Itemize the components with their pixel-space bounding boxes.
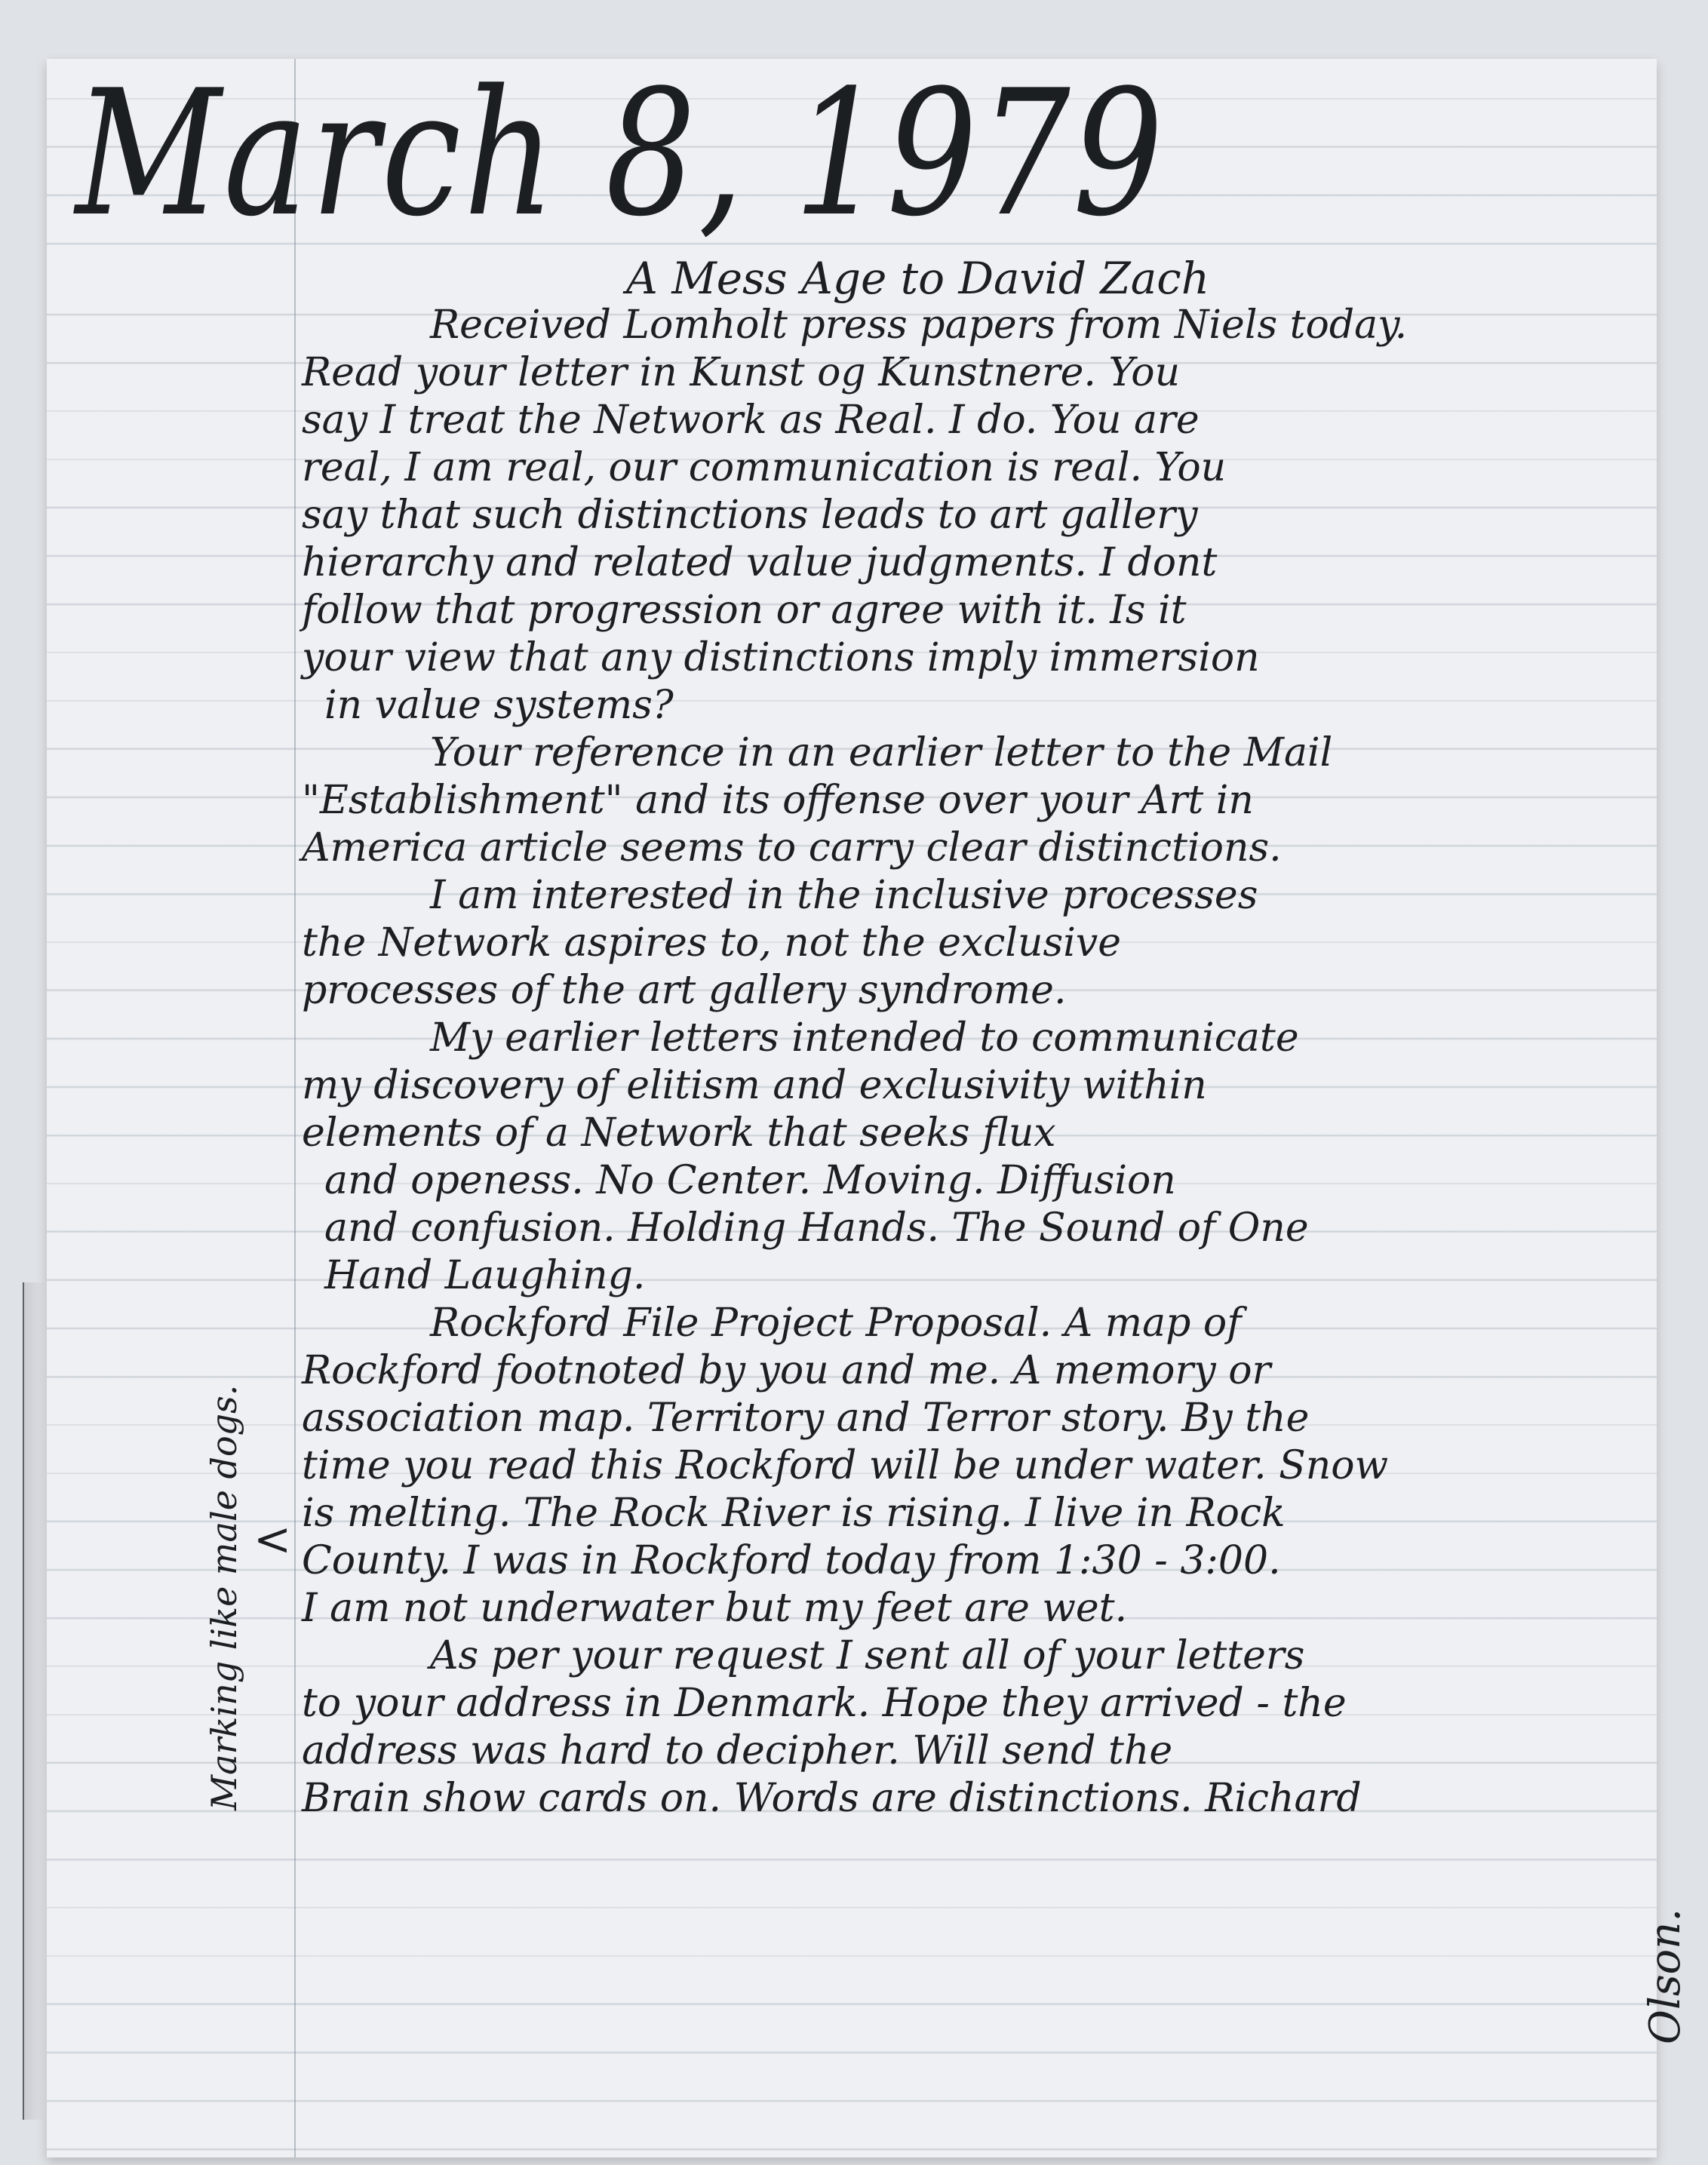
letter-line: Rockford File Project Proposal. A map of <box>302 1300 1645 1347</box>
letter-heading: A Mess Age to David Zach <box>626 256 1209 300</box>
letter-line: association map. Territory and Terror st… <box>302 1395 1645 1442</box>
letter-line: County. I was in Rockford today from 1:3… <box>302 1537 1645 1585</box>
letter-line: in value systems? <box>302 682 1645 729</box>
letter-line: Read your letter in Kunst og Kunstnere. … <box>302 349 1645 397</box>
letter-line: As per your request I sent all of your l… <box>302 1632 1645 1680</box>
letter-line: address was hard to decipher. Will send … <box>302 1727 1645 1775</box>
letter-line: Hand Laughing. <box>302 1252 1645 1300</box>
letter-line: is melting. The Rock River is rising. I … <box>302 1490 1645 1537</box>
letter-line: say I treat the Network as Real. I do. Y… <box>302 397 1645 444</box>
letter-line: My earlier letters intended to communica… <box>302 1015 1645 1062</box>
letter-line: hierarchy and related value judgments. I… <box>302 539 1645 587</box>
margin-rule-line <box>294 59 296 2157</box>
letter-line: I am not underwater but my feet are wet. <box>302 1585 1645 1632</box>
letter-line: "Establishment" and its offense over you… <box>302 777 1645 825</box>
letter-line: elements of a Network that seeks flux <box>302 1110 1645 1157</box>
signature-surname: Olson. <box>1641 1909 1690 2044</box>
margin-note: Marking like male dogs. <box>204 1385 244 1810</box>
letter-date: March 8, 1979 <box>75 68 1166 241</box>
letter-line: time you read this Rockford will be unde… <box>302 1442 1645 1490</box>
paper-underlay-edge <box>23 1282 50 2120</box>
letter-body: Received Lomholt press papers from Niels… <box>302 302 1645 1823</box>
letter-line: America article seems to carry clear dis… <box>302 825 1645 872</box>
letter-line: say that such distinctions leads to art … <box>302 492 1645 539</box>
letter-line: processes of the art gallery syndrome. <box>302 967 1645 1015</box>
letter-line: I am interested in the inclusive process… <box>302 872 1645 920</box>
letter-line: my discovery of elitism and exclusivity … <box>302 1062 1645 1110</box>
letter-line: Brain show cards on. Words are distincti… <box>302 1775 1645 1823</box>
letter-line: and openess. No Center. Moving. Diffusio… <box>302 1157 1645 1205</box>
letter-line: Rockford footnoted by you and me. A memo… <box>302 1347 1645 1395</box>
letter-line: to your address in Denmark. Hope they ar… <box>302 1680 1645 1727</box>
margin-caret-mark: < <box>253 1513 291 1566</box>
letter-line: your view that any distinctions imply im… <box>302 634 1645 682</box>
letter-line: Your reference in an earlier letter to t… <box>302 729 1645 777</box>
letter-line: real, I am real, our communication is re… <box>302 444 1645 492</box>
letter-line: and confusion. Holding Hands. The Sound … <box>302 1205 1645 1252</box>
letter-line: Received Lomholt press papers from Niels… <box>302 302 1645 349</box>
letter-line: follow that progression or agree with it… <box>302 587 1645 634</box>
letter-line: the Network aspires to, not the exclusiv… <box>302 920 1645 967</box>
